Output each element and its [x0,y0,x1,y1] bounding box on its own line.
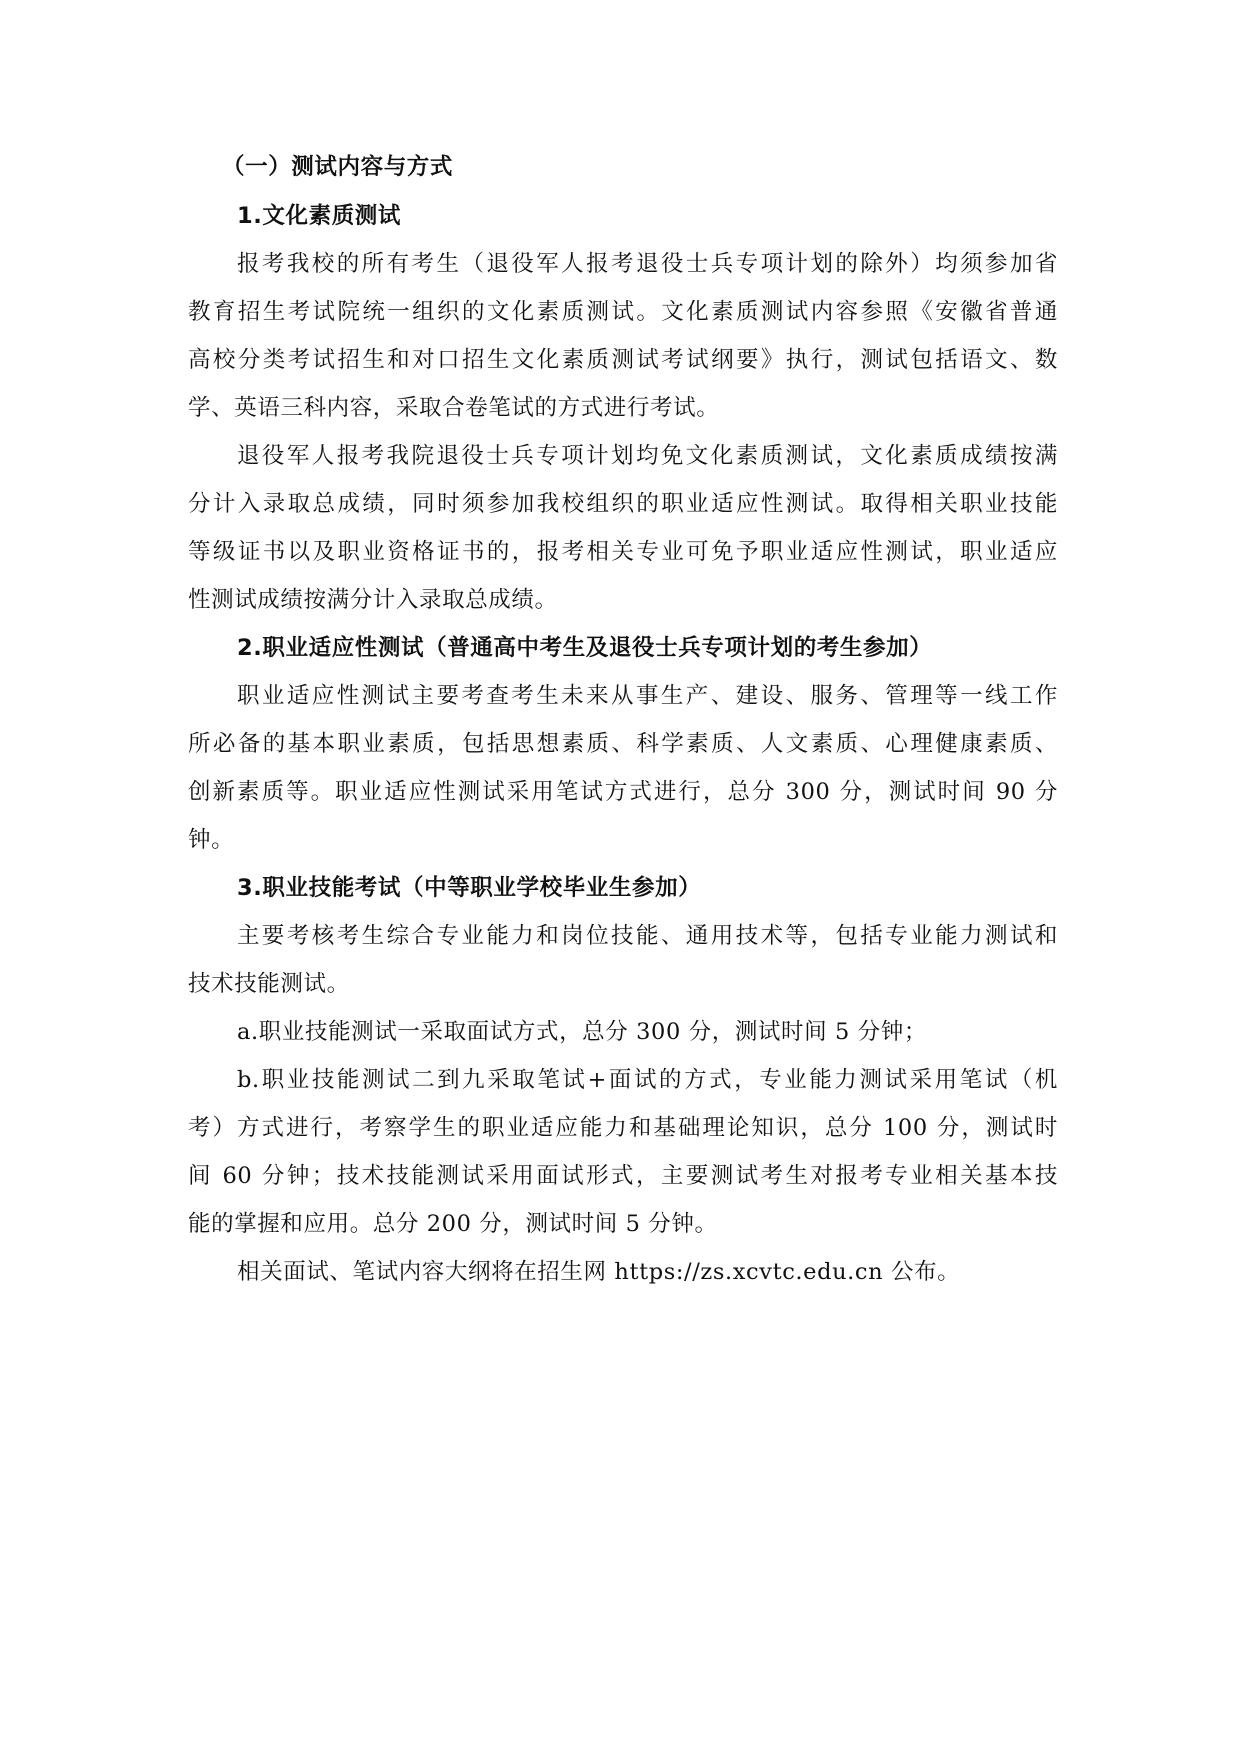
paragraph-line: 分计入录取总成绩，同时须参加我校组织的职业适应性测试。取得相关职业技能 [188,489,1058,519]
list-item-b-line: b.职业技能测试二到九采取笔试+面试的方式，专业能力测试采用笔试（机 [237,1065,1058,1095]
paragraph-line: 技术技能测试。 [188,969,1058,999]
paragraph-line: 职业适应性测试主要考查考生未来从事生产、建设、服务、管理等一线工作 [237,681,1058,711]
subsection-3-heading: 3.职业技能考试（中等职业学校毕业生参加） [237,873,1058,903]
paragraph-line: 所必备的基本职业素质，包括思想素质、科学素质、人文素质、心理健康素质、 [188,729,1058,759]
paragraph-line: 创新素质等。职业适应性测试采用笔试方式进行，总分 300 分，测试时间 90 分 [188,777,1058,807]
subsection-1-heading: 1.文化素质测试 [237,201,1058,231]
list-item-b-line: 间 60 分钟；技术技能测试采用面试形式，主要测试考生对报考专业相关基本技 [188,1161,1058,1191]
document-page: （一）测试内容与方式 1.文化素质测试 报考我校的所有考生（退役军人报考退役士兵… [0,0,1241,1755]
paragraph-line: 钟。 [188,825,1058,855]
list-item-a: a.职业技能测试一采取面试方式，总分 300 分，测试时间 5 分钟； [237,1017,1058,1047]
paragraph-line: 退役军人报考我院退役士兵专项计划均免文化素质测试，文化素质成绩按满 [237,441,1058,471]
list-item-b-line: 能的掌握和应用。总分 200 分，测试时间 5 分钟。 [188,1209,1058,1239]
closing-note: 相关面试、笔试内容大纲将在招生网 https://zs.xcvtc.edu.cn… [237,1257,1058,1287]
paragraph-line: 性测试成绩按满分计入录取总成绩。 [188,585,1058,615]
paragraph-line: 等级证书以及职业资格证书的，报考相关专业可免予职业适应性测试，职业适应 [188,537,1058,567]
subsection-2-heading: 2.职业适应性测试（普通高中考生及退役士兵专项计划的考生参加） [237,633,1058,663]
paragraph-line: 主要考核考生综合专业能力和岗位技能、通用技术等，包括专业能力测试和 [237,921,1058,951]
paragraph-line: 高校分类考试招生和对口招生文化素质测试考试纲要》执行，测试包括语文、数 [188,345,1058,375]
list-item-b-line: 考）方式进行，考察学生的职业适应能力和基础理论知识，总分 100 分，测试时 [188,1113,1058,1143]
section-heading: （一）测试内容与方式 [222,152,1092,182]
paragraph-line: 学、英语三科内容，采取合卷笔试的方式进行考试。 [188,393,1058,423]
paragraph-line: 教育招生考试院统一组织的文化素质测试。文化素质测试内容参照《安徽省普通 [188,297,1058,327]
paragraph-line: 报考我校的所有考生（退役军人报考退役士兵专项计划的除外）均须参加省 [237,249,1058,279]
